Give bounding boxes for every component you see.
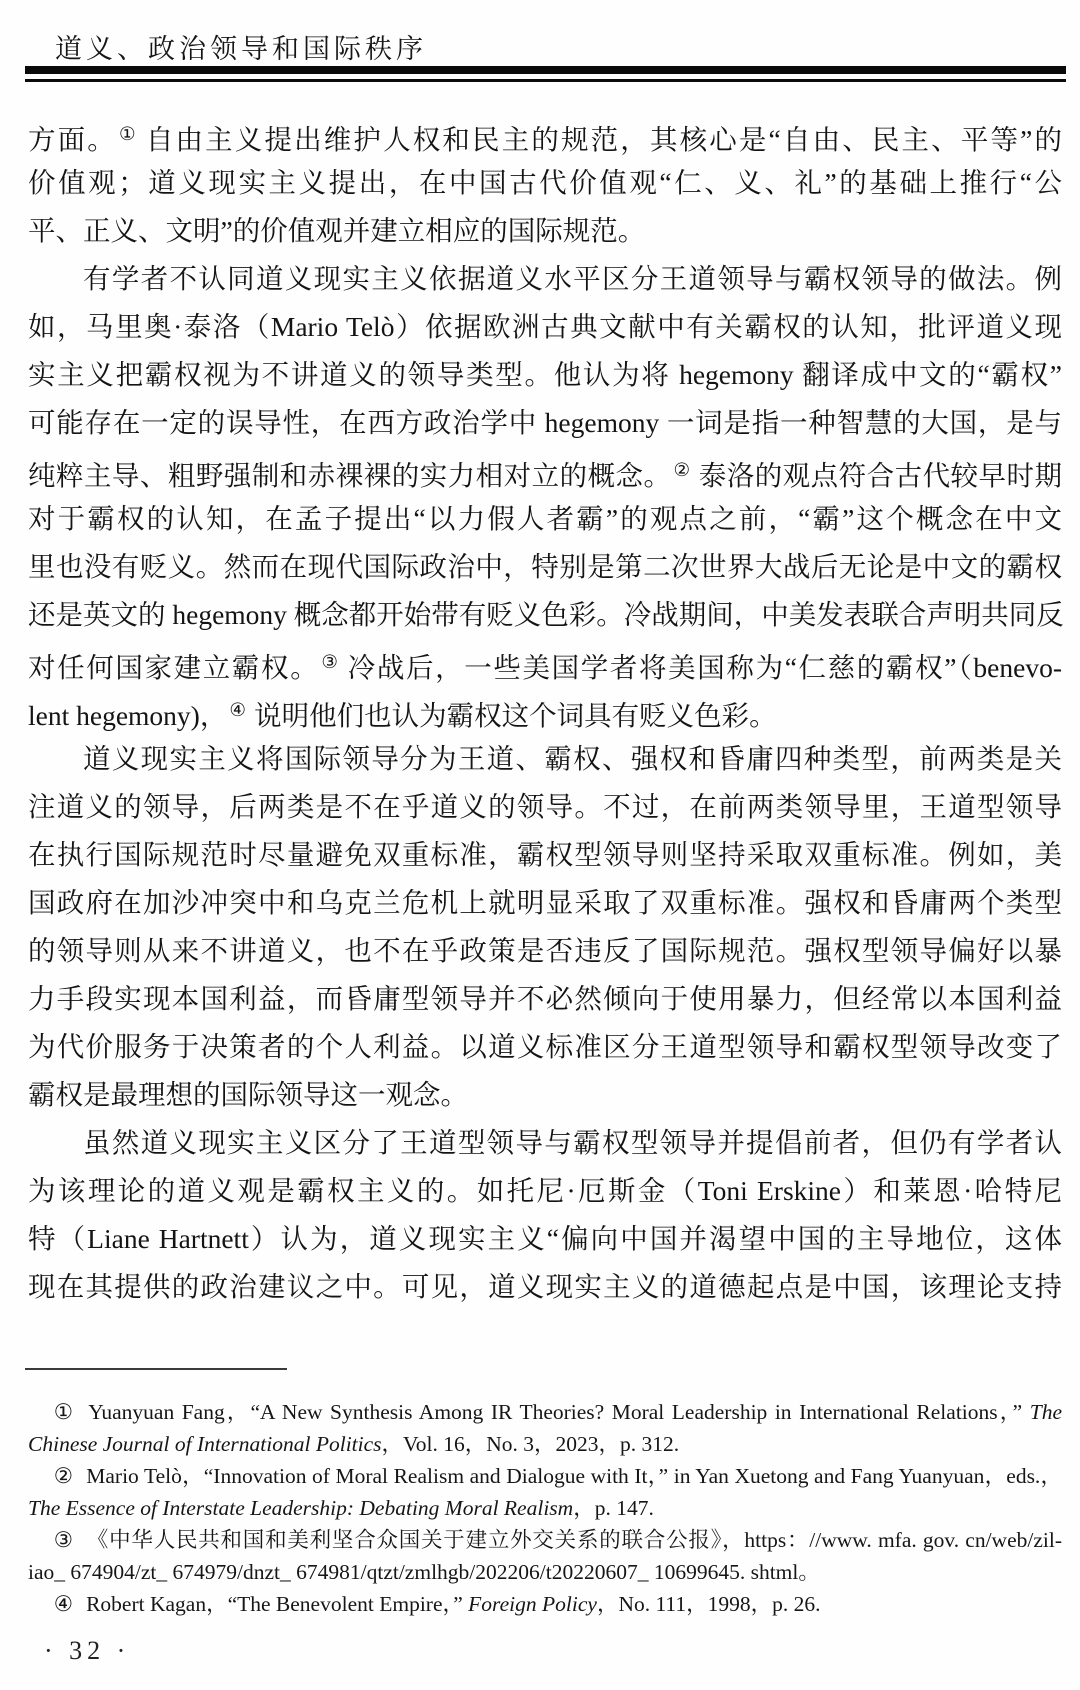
body-line: 方面。①自由主义提出维护人权和民主的规范，其核心是“自由、民主、平等”的 — [28, 111, 1062, 159]
body-line: 对任何国家建立霸权。③冷战后，一些美国学者将美国称为“仁慈的霸权”（benevo… — [28, 639, 1062, 687]
footnote-title-italic: The — [1030, 1400, 1062, 1424]
body-line: lent hegemony)，④说明他们也认为霸权这个词具有贬义色彩。 — [28, 687, 1062, 735]
body-text-segment: 冷战后，一些美国学者将美国称为“仁慈的霸权”（benevo- — [348, 652, 1062, 683]
footnote-title-italic: Foreign Policy — [468, 1592, 597, 1616]
footnote-marker: ① — [119, 124, 138, 145]
footnote-text-segment: iao_ 674904/zt_ 674979/dnzt_ 674981/qtzt… — [28, 1560, 820, 1584]
body-line: 里也没有贬义。然而在现代国际政治中，特别是第二次世界大战后无论是中文的霸权 — [28, 543, 1062, 591]
footnote-number: ② — [54, 1464, 73, 1488]
body-line: 在执行国际规范时尽量避免双重标准，霸权型领导则坚持采取双重标准。例如，美 — [28, 831, 1062, 879]
body-text-segment: 为该理论的道义观是霸权主义的。如托尼·厄斯金（Toni Erskine）和莱恩·… — [28, 1175, 1062, 1206]
body-line: 特（Liane Hartnett）认为，道义现实主义“偏向中国并渴望中国的主导地… — [28, 1215, 1062, 1263]
body-text-segment: 在执行国际规范时尽量避免双重标准，霸权型领导则坚持采取双重标准。例如，美 — [28, 839, 1062, 870]
footnote-line: Chinese Journal of International Politic… — [28, 1428, 1062, 1460]
body-line: 如，马里奥·泰洛（Mario Telò）依据欧洲古典文献中有关霸权的认知，批评道… — [28, 303, 1062, 351]
body-text-segment: 可能存在一定的误导性，在西方政治学中 hegemony 一词是指一种智慧的大国，… — [28, 407, 1062, 438]
body-text-segment: 对于霸权的认知，在孟子提出“以力假人者霸”的观点之前，“霸”这个概念在中文 — [28, 503, 1062, 534]
footnote-marker: ② — [674, 460, 691, 481]
body-line: 霸权是最理想的国际领导这一观念。 — [28, 1071, 1062, 1119]
page-number: · 32 · — [44, 1636, 130, 1666]
body-text-segment: 自由主义提出维护人权和民主的规范，其核心是“自由、民主、平等”的 — [146, 124, 1062, 155]
footnote-text-segment: 《中华人民共和国和美利坚合众国关于建立外交关系的联合公报》，https：//ww… — [87, 1528, 1062, 1552]
header-rule-thick — [25, 66, 1066, 74]
body-text-segment: 注道义的领导，后两类是不在乎道义的领导。不过，在前两类领导里，王道型领导 — [28, 791, 1062, 822]
footnote-separator — [25, 1368, 287, 1370]
footnote-number: ④ — [54, 1592, 73, 1616]
body-line: 注道义的领导，后两类是不在乎道义的领导。不过，在前两类领导里，王道型领导 — [28, 783, 1062, 831]
article-body: 方面。①自由主义提出维护人权和民主的规范，其核心是“自由、民主、平等”的 价值观… — [28, 111, 1062, 1311]
body-text-segment: 说明他们也认为霸权这个词具有贬义色彩。 — [254, 700, 777, 731]
footnote-line: ③《中华人民共和国和美利坚合众国关于建立外交关系的联合公报》，https：//w… — [28, 1524, 1062, 1556]
body-text-segment: 有学者不认同道义现实主义依据道义水平区分王道领导与霸权领导的做法。例 — [83, 263, 1062, 294]
footnote-text-segment: ，Vol. 16，No. 3，2023，p. 312. — [382, 1432, 680, 1456]
body-text-segment: 纯粹主导、粗野强制和赤裸裸的实力相对立的概念。 — [28, 460, 672, 491]
body-line: 力手段实现本国利益，而昏庸型领导并不必然倾向于使用暴力，但经常以本国利益 — [28, 975, 1062, 1023]
footnote-text-segment: Mario Telò，“Innovation of Moral Realism … — [86, 1464, 1062, 1488]
body-line: 的领导则从来不讲道义，也不在乎政策是否违反了国际规范。强权型领导偏好以暴 — [28, 927, 1062, 975]
body-line: 纯粹主导、粗野强制和赤裸裸的实力相对立的概念。②泰洛的观点符合古代较早时期 — [28, 447, 1062, 495]
body-line: 价值观；道义现实主义提出，在中国古代价值观“仁、义、礼”的基础上推行“公 — [28, 159, 1062, 207]
footnote-line: ①Yuanyuan Fang，“A New Synthesis Among IR… — [28, 1396, 1062, 1428]
footnote-title-italic: Chinese Journal of International Politic… — [28, 1432, 382, 1456]
body-text-segment: 平、正义、文明”的价值观并建立相应的国际规范。 — [28, 215, 645, 246]
footnote-number: ① — [54, 1400, 75, 1424]
body-line: 还是英文的 hegemony 概念都开始带有贬义色彩。冷战期间，中美发表联合声明… — [28, 591, 1062, 639]
body-text-segment: 道义现实主义将国际领导分为王道、霸权、强权和昏庸四种类型，前两类是关 — [83, 743, 1062, 774]
body-text-segment: 泰洛的观点符合古代较早时期 — [699, 460, 1062, 491]
body-text-segment: 霸权是最理想的国际领导这一观念。 — [28, 1079, 468, 1110]
body-text-segment: 特（Liane Hartnett）认为，道义现实主义“偏向中国并渴望中国的主导地… — [28, 1223, 1062, 1254]
footnote-marker: ③ — [321, 652, 339, 673]
footnote-number: ③ — [54, 1528, 74, 1552]
body-line: 有学者不认同道义现实主义依据道义水平区分王道领导与霸权领导的做法。例 — [28, 255, 1062, 303]
footnote-text-segment: ，p. 147. — [573, 1496, 654, 1520]
body-line: 虽然道义现实主义区分了王道型领导与霸权型领导并提倡前者，但仍有学者认 — [28, 1119, 1062, 1167]
body-text-segment: 如，马里奥·泰洛（Mario Telò）依据欧洲古典文献中有关霸权的认知，批评道… — [28, 311, 1062, 342]
footnote-title-italic: The Essence of Interstate Leadership: De… — [28, 1496, 573, 1520]
footnote-text-segment: Yuanyuan Fang，“A New Synthesis Among IR … — [88, 1400, 1030, 1424]
footnote-line: ④Robert Kagan，“The Benevolent Empire，” F… — [28, 1588, 1062, 1620]
footnote-line: The Essence of Interstate Leadership: De… — [28, 1492, 1062, 1524]
body-line: 可能存在一定的误导性，在西方政治学中 hegemony 一词是指一种智慧的大国，… — [28, 399, 1062, 447]
body-line: 对于霸权的认知，在孟子提出“以力假人者霸”的观点之前，“霸”这个概念在中文 — [28, 495, 1062, 543]
body-text-segment: 现在其提供的政治建议之中。可见，道义现实主义的道德起点是中国，该理论支持 — [28, 1271, 1062, 1302]
body-text-segment: lent hegemony)， — [28, 700, 227, 731]
body-text-segment: 方面。 — [28, 124, 117, 155]
body-text-segment: 为代价服务于决策者的个人利益。以道义标准区分王道型领导和霸权型领导改变了 — [28, 1031, 1062, 1062]
body-text-segment: 的领导则从来不讲道义，也不在乎政策是否违反了国际规范。强权型领导偏好以暴 — [28, 935, 1062, 966]
body-text-segment: 实主义把霸权视为不讲道义的领导类型。他认为将 hegemony 翻译成中文的“霸… — [28, 359, 1062, 390]
footnote-line: iao_ 674904/zt_ 674979/dnzt_ 674981/qtzt… — [28, 1556, 1062, 1588]
body-line: 实主义把霸权视为不讲道义的领导类型。他认为将 hegemony 翻译成中文的“霸… — [28, 351, 1062, 399]
body-line: 为代价服务于决策者的个人利益。以道义标准区分王道型领导和霸权型领导改变了 — [28, 1023, 1062, 1071]
body-line: 现在其提供的政治建议之中。可见，道义现实主义的道德起点是中国，该理论支持 — [28, 1263, 1062, 1311]
body-line: 为该理论的道义观是霸权主义的。如托尼·厄斯金（Toni Erskine）和莱恩·… — [28, 1167, 1062, 1215]
body-text-segment: 国政府在加沙冲突中和乌克兰危机上就明显采取了双重标准。强权和昏庸两个类型 — [28, 887, 1062, 918]
footnote-text-segment: ，No. 111，1998，p. 26. — [597, 1592, 821, 1616]
body-text-segment: 虽然道义现实主义区分了王道型领导与霸权型领导并提倡前者，但仍有学者认 — [83, 1127, 1062, 1158]
header-rule-thin — [25, 79, 1066, 82]
body-text-segment: 价值观；道义现实主义提出，在中国古代价值观“仁、义、礼”的基础上推行“公 — [28, 167, 1062, 198]
body-line: 国政府在加沙冲突中和乌克兰危机上就明显采取了双重标准。强权和昏庸两个类型 — [28, 879, 1062, 927]
journal-page: 道义、政治领导和国际秩序 方面。①自由主义提出维护人权和民主的规范，其核心是“自… — [0, 0, 1080, 1690]
footnote-marker: ④ — [229, 700, 246, 721]
body-text-segment: 里也没有贬义。然而在现代国际政治中，特别是第二次世界大战后无论是中文的霸权 — [28, 551, 1062, 582]
footnote-text-segment: Robert Kagan，“The Benevolent Empire，” — [86, 1592, 468, 1616]
body-text-segment: 对任何国家建立霸权。 — [28, 652, 319, 683]
body-text-segment: 力手段实现本国利益，而昏庸型领导并不必然倾向于使用暴力，但经常以本国利益 — [28, 983, 1062, 1014]
body-line: 平、正义、文明”的价值观并建立相应的国际规范。 — [28, 207, 1062, 255]
footnotes: ①Yuanyuan Fang，“A New Synthesis Among IR… — [28, 1396, 1062, 1620]
body-line: 道义现实主义将国际领导分为王道、霸权、强权和昏庸四种类型，前两类是关 — [28, 735, 1062, 783]
running-title: 道义、政治领导和国际秩序 — [55, 27, 427, 66]
body-text-segment: 还是英文的 hegemony 概念都开始带有贬义色彩。冷战期间，中美发表联合声明… — [28, 599, 1064, 630]
footnote-line: ②Mario Telò，“Innovation of Moral Realism… — [28, 1460, 1062, 1492]
